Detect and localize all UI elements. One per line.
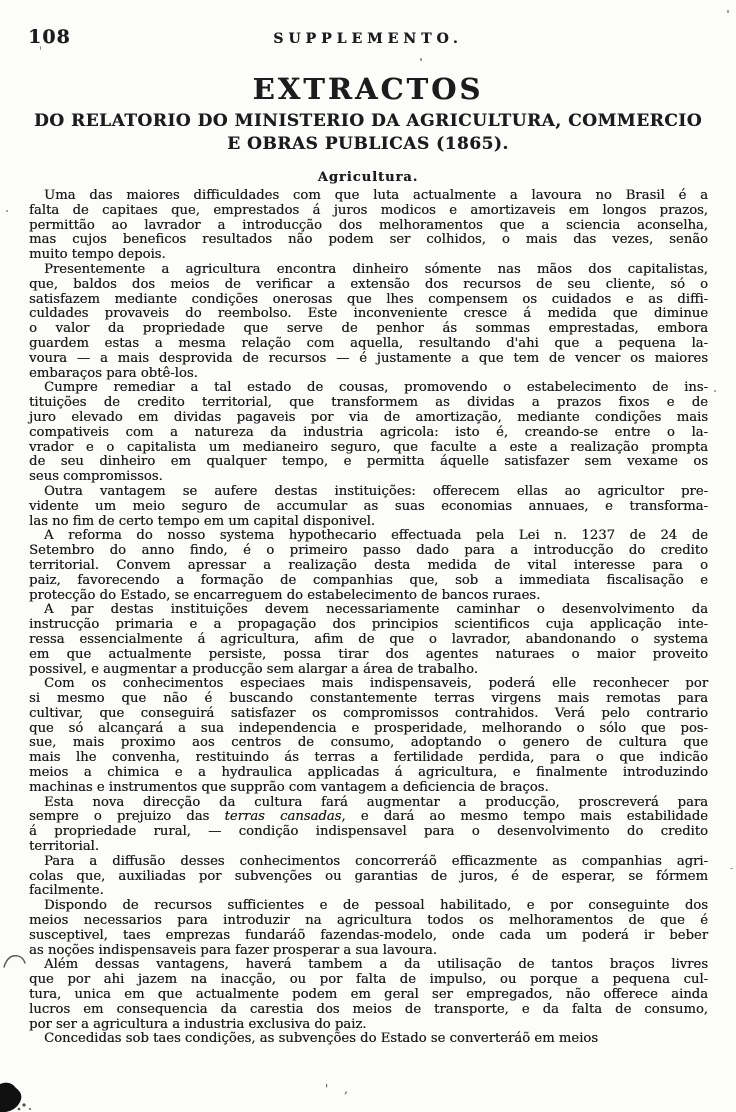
text-line: culdades provaveis do reembolso. Este in… bbox=[29, 307, 708, 322]
paragraph: A par destas instituições devem necessar… bbox=[29, 603, 708, 677]
text-line: permittão ao lavrador a introducção dos … bbox=[29, 219, 708, 234]
document-subtitle-line-1: DO RELATORIO DO MINISTERIO DA AGRICULTUR… bbox=[0, 110, 736, 133]
text-line: á propriedade rural, — condição indispen… bbox=[29, 825, 708, 840]
text-line: facilmente. bbox=[29, 884, 708, 899]
text-line: machinas e instrumentos que supprão com … bbox=[29, 781, 708, 796]
paragraph: Dispondo de recursos sufficientes e de p… bbox=[29, 899, 708, 958]
text-line: A reforma do nosso systema hypothecario … bbox=[29, 529, 708, 544]
scan-speckle bbox=[727, 10, 729, 13]
article-body: Uma das maiores difficuldades com que lu… bbox=[29, 189, 708, 1047]
text-line: mas cujos beneficos resultados não podem… bbox=[29, 233, 708, 248]
running-header: SUPPLEMENTO. bbox=[0, 31, 736, 47]
document-subtitle: DO RELATORIO DO MINISTERIO DA AGRICULTUR… bbox=[0, 110, 736, 156]
stray-pen-marks: ' , bbox=[325, 1082, 354, 1096]
text-line: Cumpre remediar a tal estado de cousas, … bbox=[29, 381, 708, 396]
text-line: voura — a mais desprovida de recursos — … bbox=[29, 352, 708, 367]
text-line: seus compromissos. bbox=[29, 470, 708, 485]
text-line: ressa essencialmente á agricultura, afim… bbox=[29, 633, 708, 648]
text-line: meios necessarios para introduzir na agr… bbox=[29, 914, 708, 929]
text-line: mais lhe convenha, restituindo ás terras… bbox=[29, 751, 708, 766]
text-line: Concedidas sob taes condições, as subven… bbox=[29, 1032, 708, 1047]
text-line: em que actualmente persiste, possa tirar… bbox=[29, 648, 708, 663]
text-line: que só alcançará a sua independencia e p… bbox=[29, 722, 708, 737]
text-line: Setembro do anno findo, é o primeiro pas… bbox=[29, 544, 708, 559]
ink-blot bbox=[0, 1078, 46, 1112]
document-subtitle-line-2: E OBRAS PUBLICAS (1865). bbox=[0, 133, 736, 156]
text-line: embaraços para obtê-los. bbox=[29, 367, 708, 382]
margin-pen-mark bbox=[2, 950, 28, 974]
text-line: colas que, auxiliadas por subvenções ou … bbox=[29, 870, 708, 885]
text-line: compativeis com a natureza da industria … bbox=[29, 426, 708, 441]
paragraph: Outra vantagem se aufere destas institui… bbox=[29, 485, 708, 529]
text-line: cultivar, que conseguirá satisfazer os c… bbox=[29, 707, 708, 722]
text-line: por ser a agricultura a industria exclus… bbox=[29, 1018, 708, 1033]
text-line: Com os conhecimentos especiaes mais indi… bbox=[29, 677, 708, 692]
text-line: Uma das maiores difficuldades com que lu… bbox=[29, 189, 708, 204]
text-line: vrador e o capitalista um medianeiro seg… bbox=[29, 441, 708, 456]
text-line: Esta nova direcção da cultura fará augme… bbox=[29, 796, 708, 811]
text-line: instrucção primaria e a propagação dos p… bbox=[29, 618, 708, 633]
text-line: Dispondo de recursos sufficientes e de p… bbox=[29, 899, 708, 914]
scan-speckle bbox=[714, 390, 716, 392]
text-line: o valor da propriedade que serve de penh… bbox=[29, 322, 708, 337]
text-line: A par destas instituições devem necessar… bbox=[29, 603, 708, 618]
italic-phrase: terras cansadas bbox=[224, 809, 341, 824]
text-line: sempre o prejuizo das terras cansadas, e… bbox=[29, 810, 708, 825]
paragraph: Com os conhecimentos especiaes mais indi… bbox=[29, 677, 708, 795]
section-heading: Agricultura. bbox=[0, 170, 736, 185]
paragraph: Esta nova direcção da cultura fará augme… bbox=[29, 796, 708, 855]
paragraph: Presentemente a agricultura encontra din… bbox=[29, 263, 708, 381]
text-line: possivel, e augmentar a producção sem al… bbox=[29, 663, 708, 678]
text-line: Outra vantagem se aufere destas institui… bbox=[29, 485, 708, 500]
text-line: meios a chimica e a hydraulica applicada… bbox=[29, 766, 708, 781]
document-title: EXTRACTOS bbox=[0, 72, 736, 106]
text-line: las no fim de certo tempo em um capital … bbox=[29, 515, 708, 530]
text-line: Além dessas vantagens, haverá tambem a d… bbox=[29, 958, 708, 973]
scan-speckle bbox=[40, 46, 41, 50]
text-line: si mesmo que não é buscando constantemen… bbox=[29, 692, 708, 707]
text-line: territorial. Convem apressar a realizaçã… bbox=[29, 559, 708, 574]
text-line: tura, unica em que actualmente podem em … bbox=[29, 988, 708, 1003]
paragraph: A reforma do nosso systema hypothecario … bbox=[29, 529, 708, 603]
paragraph: Além dessas vantagens, haverá tambem a d… bbox=[29, 958, 708, 1032]
text-line: falta de capitaes que, emprestados á jur… bbox=[29, 204, 708, 219]
scan-speckle bbox=[420, 58, 422, 61]
paragraph: Cumpre remediar a tal estado de cousas, … bbox=[29, 381, 708, 485]
text-line: de seu dinheiro em qualquer tempo, e per… bbox=[29, 455, 708, 470]
text-line: protecção do Estado, se encarreguem do e… bbox=[29, 589, 708, 604]
text-line: as noções indispensaveis para fazer pros… bbox=[29, 944, 708, 959]
text-line: que por ahi jazem na inacção, ou por fal… bbox=[29, 973, 708, 988]
text-line: territorial. bbox=[29, 840, 708, 855]
text-line: guardem estas a mesma relação com aquell… bbox=[29, 337, 708, 352]
scan-speckle bbox=[730, 868, 733, 869]
text-line: muito tempo depois. bbox=[29, 248, 708, 263]
text-line: paiz, favorecendo a formação de companhi… bbox=[29, 574, 708, 589]
text-line: vidente um meio seguro de accumular as s… bbox=[29, 500, 708, 515]
text-line: Presentemente a agricultura encontra din… bbox=[29, 263, 708, 278]
paragraph: Para a diffusão desses conhecimentos con… bbox=[29, 855, 708, 899]
text-line: sue, mais proximo aos centros de consumo… bbox=[29, 736, 708, 751]
text-line: tituições de credito territorial, que tr… bbox=[29, 396, 708, 411]
scan-speckle bbox=[6, 210, 8, 212]
paragraph: Uma das maiores difficuldades com que lu… bbox=[29, 189, 708, 263]
scanned-document-page: 108 SUPPLEMENTO. EXTRACTOS DO RELATORIO … bbox=[0, 0, 736, 1112]
paragraph: Concedidas sob taes condições, as subven… bbox=[29, 1032, 708, 1047]
text-line: que, baldos dos meios de verificar a ext… bbox=[29, 278, 708, 293]
text-line: juro elevado em dividas pagaveis por via… bbox=[29, 411, 708, 426]
text-line: susceptivel, taes emprezas fundaráõ faze… bbox=[29, 929, 708, 944]
text-line: Para a diffusão desses conhecimentos con… bbox=[29, 855, 708, 870]
text-line: lucros em consequencia da carestia dos m… bbox=[29, 1003, 708, 1018]
text-line: satisfazem mediante condições onerosas q… bbox=[29, 293, 708, 308]
